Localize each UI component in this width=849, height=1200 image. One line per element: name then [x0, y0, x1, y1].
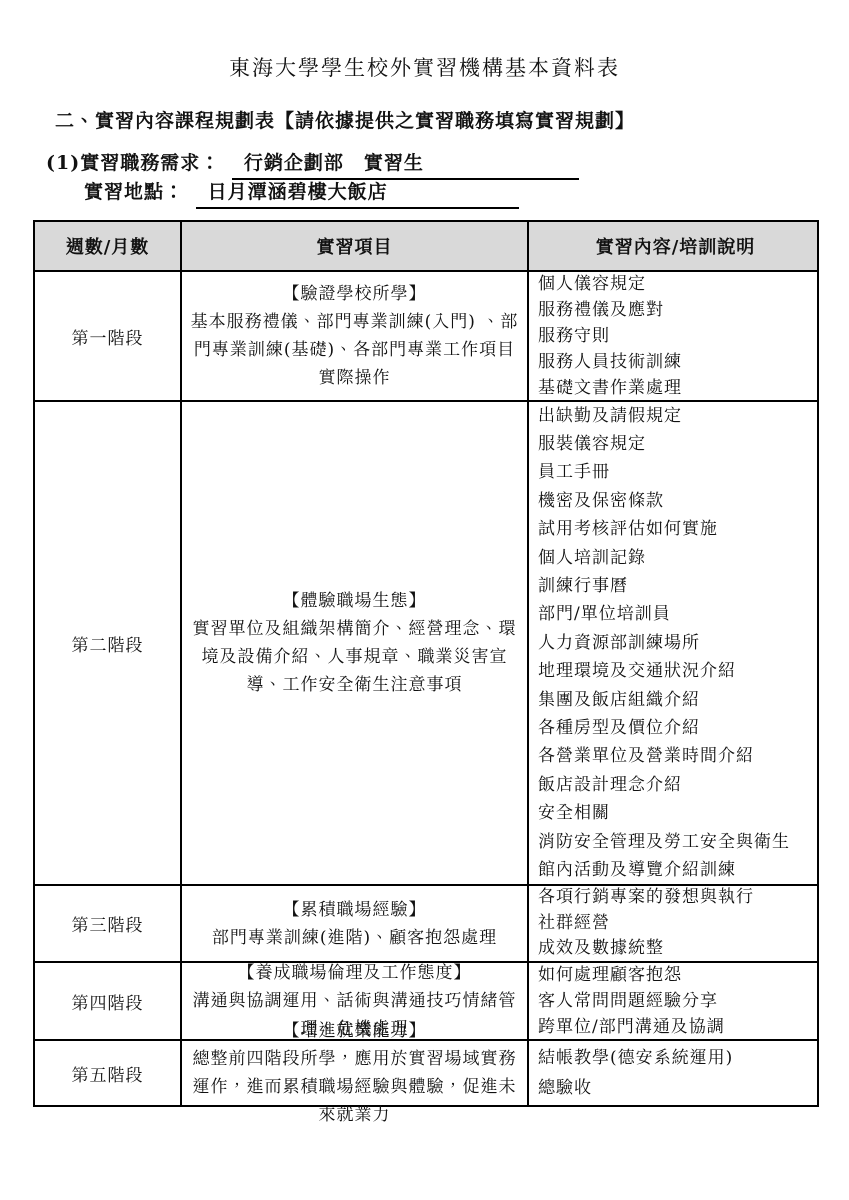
project-title: 【增進就業能力】 [283, 1017, 427, 1045]
stage-cell: 第五階段 [35, 1041, 180, 1105]
project-cell: 【累積職場經驗】 部門專業訓練(進階)、顧客抱怨處理 [180, 886, 527, 961]
project-desc: 實習單位及組織架構簡介、經營理念、環境及設備介紹、人事規章、職業災害宣導、工作安… [190, 615, 519, 699]
location-label: 實習地點： [84, 181, 184, 203]
job-label: (1)實習職務需求： [46, 152, 220, 174]
stage-cell: 第三階段 [35, 886, 180, 961]
header-cell-weeks: 週數/月數 [35, 222, 180, 270]
stage-cell: 第一階段 [35, 272, 180, 400]
section-heading: 二、實習內容課程規劃表【請依據提供之實習職務填寫實習規劃】 [55, 106, 849, 133]
details-cell: 個人儀容規定 服務禮儀及應對 服務守則 服務人員技術訓練 基礎文書作業處理 [527, 272, 817, 400]
table-row-stage-5: 第五階段 【增進就業能力】 總整前四階段所學，應用於實習場域實務運作，進而累積職… [35, 1039, 817, 1105]
project-desc: 總整前四階段所學，應用於實習場域實務運作，進而累積職場經驗與體驗，促進未來就業力 [190, 1045, 519, 1129]
project-title: 【養成職場倫理及工作態度】 [238, 959, 472, 987]
details-cell: 如何處理顧客抱怨 客人常問問題經驗分享 跨單位/部門溝通及協調 [527, 963, 817, 1039]
project-cell: 【驗證學校所學】 基本服務禮儀、部門專業訓練(入門) 、部門專業訓練(基礎)、各… [180, 272, 527, 400]
page-title: 東海大學學生校外實習機構基本資料表 [0, 0, 849, 82]
project-title: 【累積職場經驗】 [283, 896, 427, 924]
project-desc: 部門專業訓練(進階)、顧客抱怨處理 [212, 924, 497, 952]
header-cell-content: 實習內容/培訓說明 [527, 222, 817, 270]
table-header-row: 週數/月數 實習項目 實習內容/培訓說明 [35, 222, 817, 270]
form-field-location: 實習地點： 日月潭涵碧樓大飯店 [46, 178, 849, 207]
table-row-stage-2: 第二階段 【體驗職場生態】 實習單位及組織架構簡介、經營理念、環境及設備介紹、人… [35, 400, 817, 884]
details-cell: 結帳教學(德安系統運用) 總驗收 [527, 1041, 817, 1105]
internship-plan-table: 週數/月數 實習項目 實習內容/培訓說明 第一階段 【驗證學校所學】 基本服務禮… [33, 220, 819, 1107]
stage-cell: 第四階段 [35, 963, 180, 1039]
stage-cell: 第二階段 [35, 402, 180, 884]
job-value-underline: 行銷企劃部 實習生 [232, 150, 579, 180]
details-cell: 各項行銷專案的發想與執行 社群經營 成效及數據統整 [527, 886, 817, 961]
table-row-stage-1: 第一階段 【驗證學校所學】 基本服務禮儀、部門專業訓練(入門) 、部門專業訓練(… [35, 270, 817, 400]
table-row-stage-3: 第三階段 【累積職場經驗】 部門專業訓練(進階)、顧客抱怨處理 各項行銷專案的發… [35, 884, 817, 961]
location-value-underline: 日月潭涵碧樓大飯店 [196, 179, 519, 209]
form-field-job: (1)實習職務需求： 行銷企劃部 實習生 [46, 149, 849, 178]
details-cell: 出缺勤及請假規定 服裝儀容規定 員工手冊 機密及保密條款 試用考核評估如何實施 … [527, 402, 817, 884]
project-cell: 【體驗職場生態】 實習單位及組織架構簡介、經營理念、環境及設備介紹、人事規章、職… [180, 402, 527, 884]
project-title: 【體驗職場生態】 [283, 587, 427, 615]
header-cell-project: 實習項目 [180, 222, 527, 270]
project-desc: 基本服務禮儀、部門專業訓練(入門) 、部門專業訓練(基礎)、各部門專業工作項目實… [190, 308, 519, 392]
project-cell: 【增進就業能力】 總整前四階段所學，應用於實習場域實務運作，進而累積職場經驗與體… [180, 1041, 527, 1105]
form-area: (1)實習職務需求： 行銷企劃部 實習生 實習地點： 日月潭涵碧樓大飯店 [46, 149, 849, 207]
document-page: 東海大學學生校外實習機構基本資料表 二、實習內容課程規劃表【請依據提供之實習職務… [0, 0, 849, 1200]
project-title: 【驗證學校所學】 [283, 280, 427, 308]
